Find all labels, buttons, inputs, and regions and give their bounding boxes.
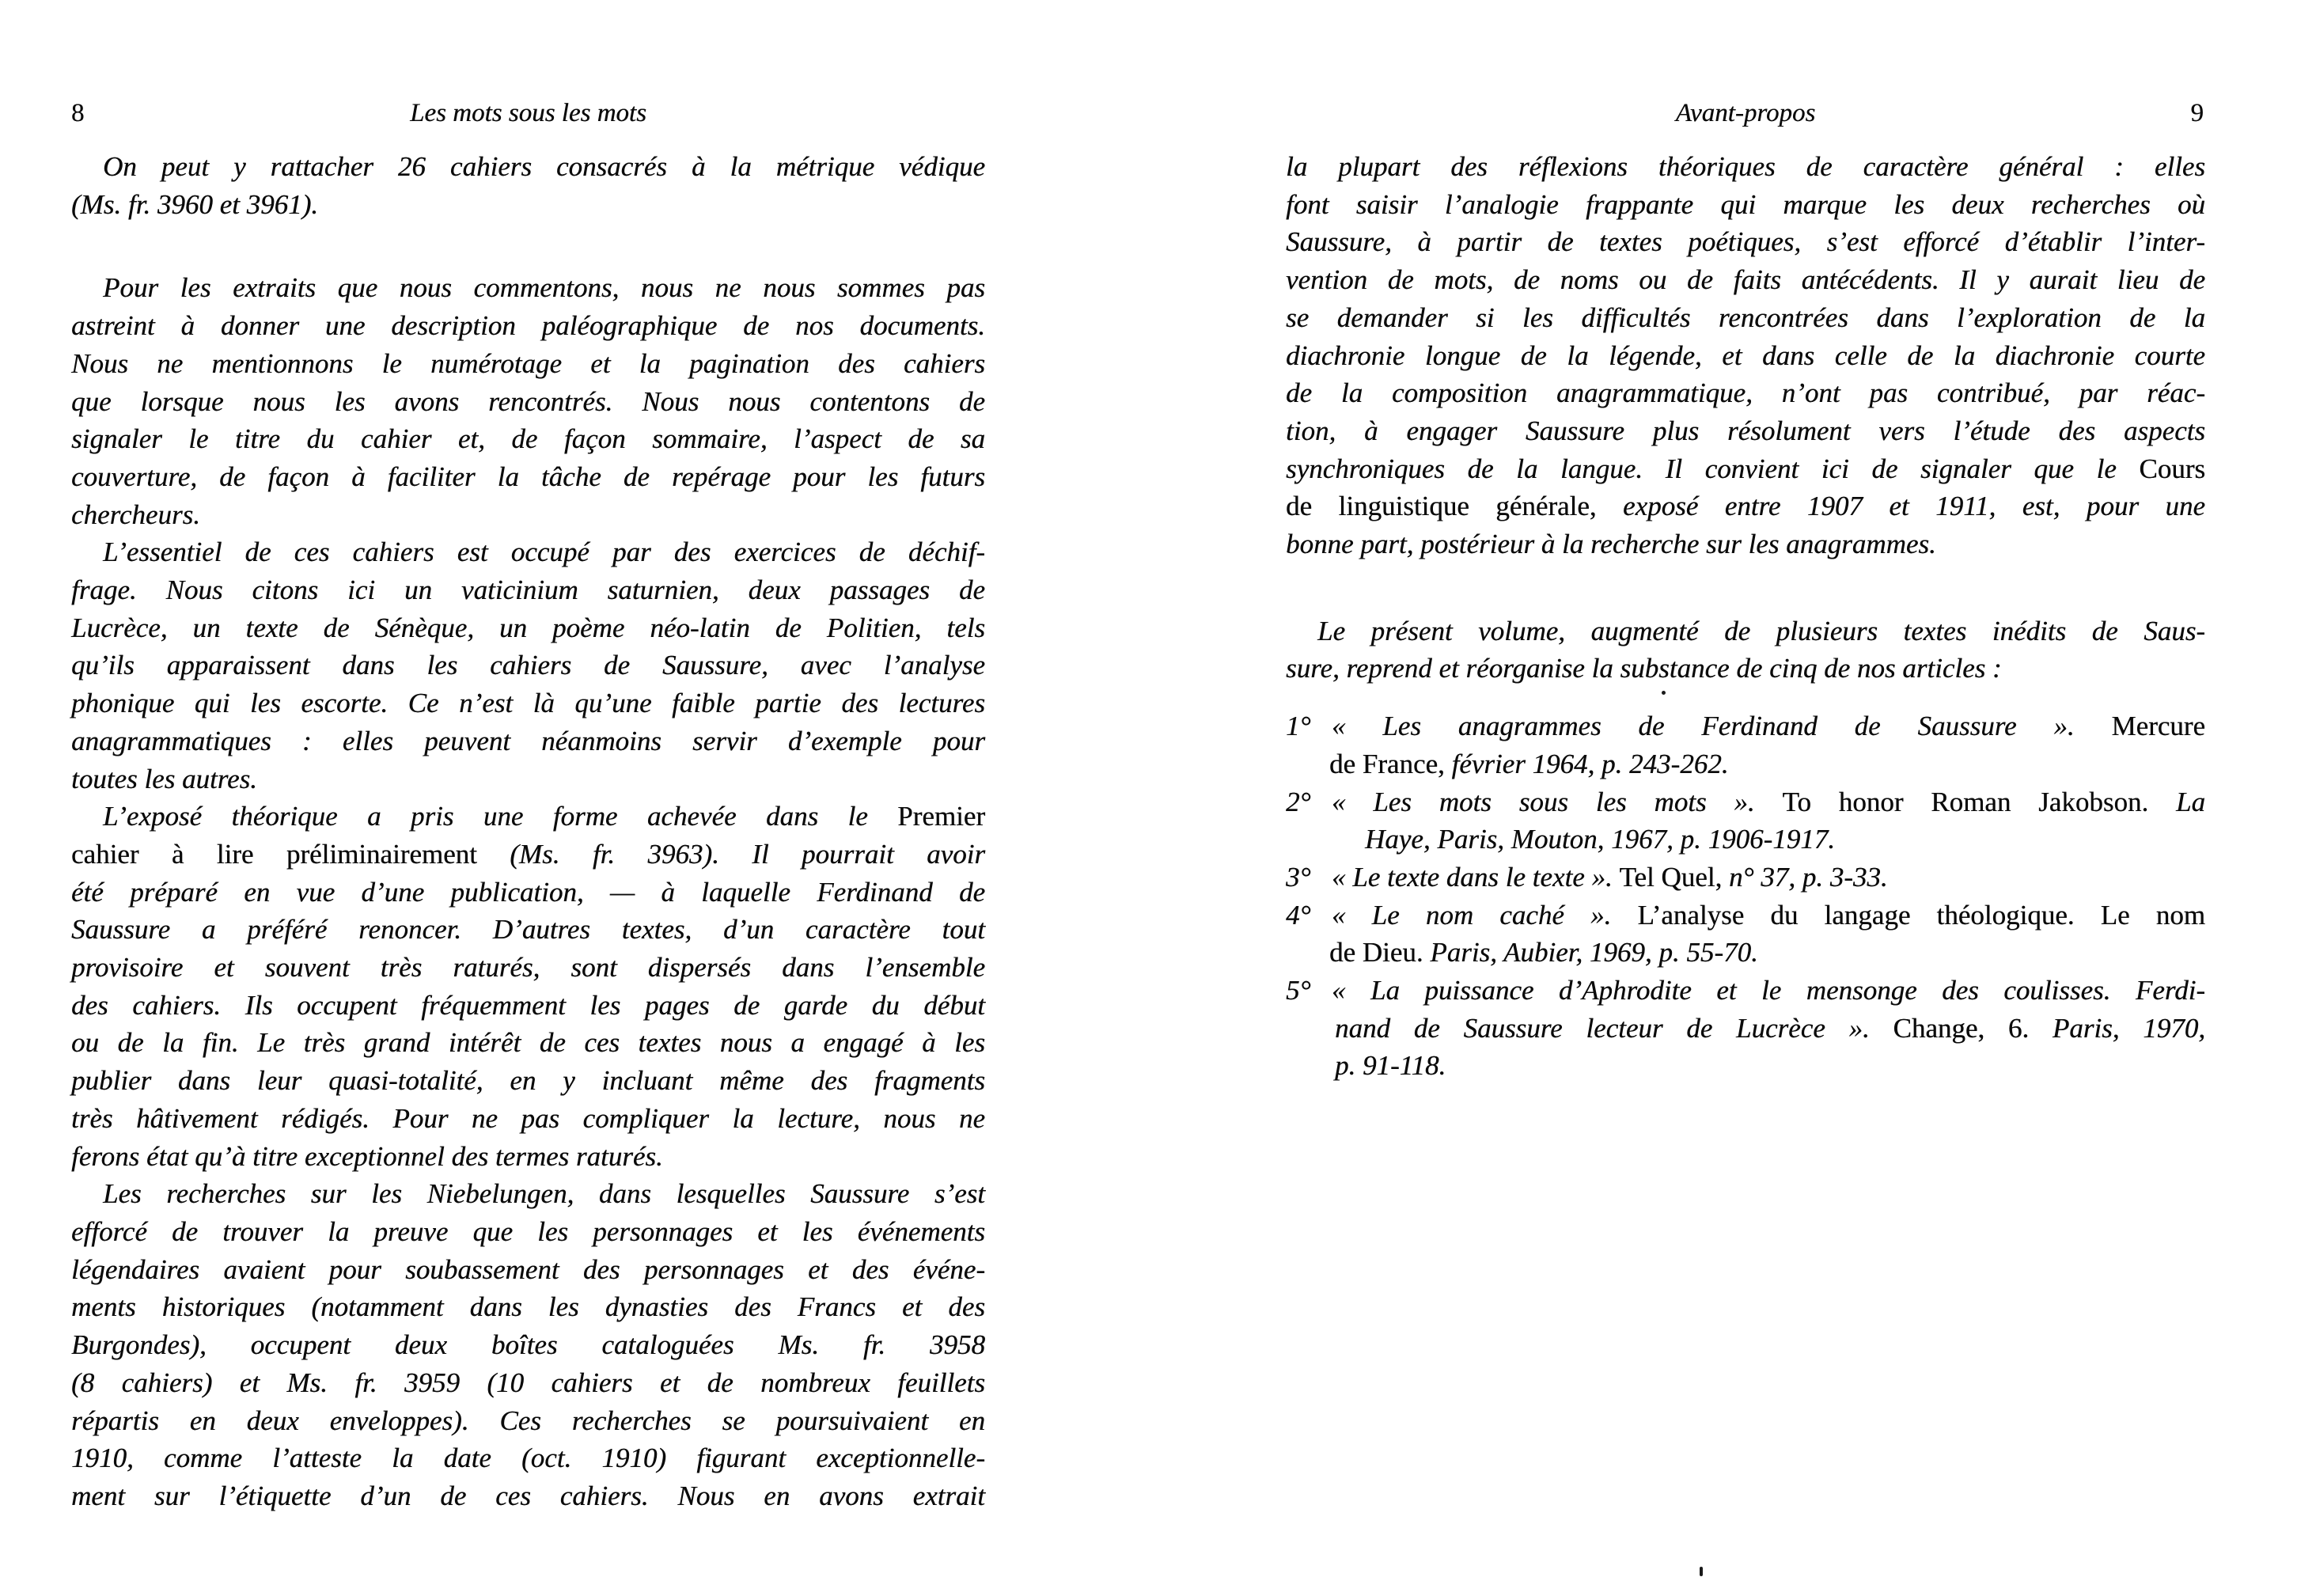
italic-text: La [2176, 787, 2205, 817]
roman-text: cahier à lire préliminairement [71, 839, 510, 870]
ink-speck [1662, 691, 1666, 695]
text-line: Nous ne mentionnons le numérotage et la … [71, 345, 985, 383]
roman-text: de Dieu. [1329, 937, 1430, 968]
page-number-left: 8 [71, 97, 85, 130]
italic-text: nand de Saussure lecteur de Lucrèce ». [1335, 1013, 1893, 1044]
italic-text: qu’ils apparaissent dans les cahiers de … [71, 650, 985, 680]
text-line: p. 91-118. [1286, 1047, 2205, 1085]
text-line: de Dieu. Paris, Aubier, 1969, p. 55-70. [1286, 934, 2205, 972]
italic-text: n° 37, p. 3-33. [1729, 862, 1888, 893]
roman-text: Tel Quel, [1619, 862, 1728, 893]
text-line: Burgondes), occupent deux boîtes catalog… [71, 1326, 985, 1364]
italic-text: On peut y rattacher 26 cahiers consacrés… [103, 151, 985, 182]
italic-text: phonique qui les escorte. Ce n’est là qu… [71, 688, 985, 718]
text-line: synchroniques de la langue. Il convient … [1286, 450, 2205, 488]
text-line: Saussure a préféré renoncer. D’autres te… [71, 911, 985, 949]
text-line: Le présent volume, augmenté de plusieurs… [1286, 612, 2205, 650]
italic-text: Pour les extraits que nous commentons, n… [103, 272, 985, 303]
italic-text: très hâtivement rédigés. Pour ne pas com… [71, 1103, 985, 1134]
text-line: ments historiques (notamment dans les dy… [71, 1288, 985, 1326]
item-number: 5° [1286, 972, 1332, 1010]
roman-text: Mercure [2111, 711, 2205, 741]
italic-text: légendaires avaient pour soubassement de… [71, 1254, 985, 1285]
text-line: signaler le titre du cahier et, de façon… [71, 420, 985, 458]
italic-text: 1910, comme l’atteste la date (oct. 1910… [71, 1442, 985, 1473]
italic-text: L’essentiel de ces cahiers est occupé pa… [103, 536, 985, 567]
italic-text: Les recherches sur les Niebelungen, dans… [103, 1178, 985, 1209]
roman-text: Premier [897, 801, 985, 832]
roman-text: Cours [2139, 453, 2205, 484]
italic-text: signaler le titre du cahier et, de façon… [71, 423, 985, 454]
text-line: diachronie longue de la légende, et dans… [1286, 337, 2205, 375]
italic-text: Nous ne mentionnons le numérotage et la … [71, 348, 985, 379]
bibliography-item: 2°« Les mots sous les mots ». To honor R… [1286, 783, 2205, 859]
page-right: Avant-propos 9 la plupart des réflexions… [1286, 0, 2205, 1596]
text-line: 2°« Les mots sous les mots ». To honor R… [1286, 783, 2205, 821]
text-line: couverture, de façon à faciliter la tâch… [71, 458, 985, 496]
text-line: chercheurs. [71, 496, 985, 534]
running-head-left: Les mots sous les mots [71, 97, 985, 130]
text-line: L’exposé théorique a pris une forme ache… [71, 798, 985, 836]
italic-text: des cahiers. Ils occupent fréquemment le… [71, 990, 985, 1021]
text-line: provisoire et souvent très raturés, sont… [71, 949, 985, 987]
text-line: Haye, Paris, Mouton, 1967, p. 1906-1917. [1286, 821, 2205, 859]
paragraph: Le présent volume, augmenté de plusieurs… [1286, 612, 2205, 688]
page-right-header: Avant-propos 9 [1286, 97, 2205, 130]
text-line: répartis en deux enveloppes). Ces recher… [71, 1402, 985, 1440]
text-line: bonne part, postérieur à la recherche su… [1286, 525, 2205, 563]
text-line: (Ms. fr. 3960 et 3961). [71, 186, 985, 224]
italic-text: Le présent volume, augmenté de plusieurs… [1317, 616, 2205, 646]
paragraph: On peut y rattacher 26 cahiers consacrés… [71, 148, 985, 223]
book-spread: { "left_page": { "page_number": "8", "ru… [0, 0, 2316, 1596]
text-line: 3°« Le texte dans le texte ». Tel Quel, … [1286, 859, 2205, 897]
text-line: que lorsque nous les avons rencontrés. N… [71, 383, 985, 421]
text-line: publier dans leur quasi-totalité, en y i… [71, 1062, 985, 1100]
bibliography-item: 5°« La puissance d’Aphrodite et le menso… [1286, 972, 2205, 1085]
text-line: L’essentiel de ces cahiers est occupé pa… [71, 533, 985, 571]
text-line: sure, reprend et réorganise la substance… [1286, 650, 2205, 688]
italic-text: Paris, 1970, [2053, 1013, 2205, 1044]
page-number-right: 9 [2191, 97, 2204, 130]
italic-text: sure, reprend et réorganise la substance… [1286, 653, 2002, 684]
paragraph: L’exposé théorique a pris une forme ache… [71, 798, 985, 1175]
italic-text: chercheurs. [71, 499, 200, 530]
text-line: Saussure, à partir de textes poétiques, … [1286, 223, 2205, 261]
italic-text: que lorsque nous les avons rencontrés. N… [71, 386, 985, 417]
paragraph: Les recherches sur les Niebelungen, dans… [71, 1175, 985, 1514]
italic-text: frage. Nous citons ici un vaticinium sat… [71, 574, 985, 605]
italic-text: ments historiques (notamment dans les dy… [71, 1291, 985, 1322]
italic-text: (Ms. fr. 3963). Il pourrait avoir [510, 839, 985, 870]
text-line: ferons état qu’à titre exceptionnel des … [71, 1138, 985, 1176]
text-line: Lucrèce, un texte de Sénèque, un poème n… [71, 609, 985, 647]
italic-text: efforcé de trouver la preuve que les per… [71, 1216, 985, 1247]
italic-text: été préparé en vue d’une publication, — … [71, 877, 985, 908]
italic-text: diachronie longue de la légende, et dans… [1286, 340, 2205, 371]
italic-text: (Ms. fr. 3960 et 3961). [71, 189, 318, 220]
italic-text: se demander si les difficultés rencontré… [1286, 302, 2205, 333]
text-line: Les recherches sur les Niebelungen, dans… [71, 1175, 985, 1213]
text-line: de la composition anagrammatique, n’ont … [1286, 374, 2205, 412]
italic-text: ferons état qu’à titre exceptionnel des … [71, 1141, 663, 1172]
italic-text: « Le texte dans le texte ». [1332, 862, 1619, 893]
italic-text: (8 cahiers) et Ms. fr. 3959 (10 cahiers … [71, 1367, 985, 1398]
text-line: cahier à lire préliminairement (Ms. fr. … [71, 836, 985, 874]
text-line: efforcé de trouver la preuve que les per… [71, 1213, 985, 1251]
item-number: 3° [1286, 859, 1332, 897]
roman-text: L’analyse du langage théologique. Le nom [1637, 900, 2205, 931]
text-line: se demander si les difficultés rencontré… [1286, 299, 2205, 337]
italic-text: « La puissance d’Aphrodite et le mensong… [1332, 975, 2205, 1006]
text-line: tion, à engager Saussure plus résolument… [1286, 412, 2205, 450]
text-line: (8 cahiers) et Ms. fr. 3959 (10 cahiers … [71, 1364, 985, 1402]
text-line: astreint à donner une description paléog… [71, 307, 985, 345]
italic-text: astreint à donner une description paléog… [71, 310, 985, 341]
italic-text: Paris, Aubier, 1969, p. 55-70. [1430, 937, 1758, 968]
italic-text: ou de la fin. Le très grand intérêt de c… [71, 1027, 985, 1058]
italic-text: couverture, de façon à faciliter la tâch… [71, 461, 985, 492]
italic-text: de la composition anagrammatique, n’ont … [1286, 377, 2205, 408]
text-line: légendaires avaient pour soubassement de… [71, 1251, 985, 1289]
italic-text: toutes les autres. [71, 764, 257, 794]
text-line: qu’ils apparaissent dans les cahiers de … [71, 646, 985, 684]
roman-text: Change, 6. [1893, 1013, 2053, 1044]
italic-text: L’exposé théorique a pris une forme ache… [103, 801, 897, 832]
text-line: font saisir l’analogie frappante qui mar… [1286, 186, 2205, 224]
text-line: nand de Saussure lecteur de Lucrèce ». C… [1286, 1010, 2205, 1048]
text-line: On peut y rattacher 26 cahiers consacrés… [71, 148, 985, 186]
italic-text: la plupart des réflexions théoriques de … [1286, 151, 2205, 182]
running-head-right: Avant-propos [1286, 97, 2205, 130]
text-line: la plupart des réflexions théoriques de … [1286, 148, 2205, 186]
page-left-text: On peut y rattacher 26 cahiers consacrés… [71, 148, 985, 1515]
italic-text: « Le nom caché ». [1332, 900, 1637, 931]
italic-text: « Les anagrammes de Ferdinand de Saussur… [1332, 711, 2111, 741]
italic-text: répartis en deux enveloppes). Ces recher… [71, 1405, 985, 1436]
text-line: phonique qui les escorte. Ce n’est là qu… [71, 684, 985, 722]
item-number: 1° [1286, 707, 1332, 745]
paragraph: L’essentiel de ces cahiers est occupé pa… [71, 533, 985, 798]
text-line: vention de mots, de noms ou de faits ant… [1286, 261, 2205, 299]
page-right-text: la plupart des réflexions théoriques de … [1286, 148, 2205, 1085]
italic-text: p. 91-118. [1335, 1050, 1446, 1081]
roman-text: de linguistique générale, [1286, 491, 1623, 521]
bibliography-item: 1°« Les anagrammes de Ferdinand de Sauss… [1286, 707, 2205, 783]
text-line: ou de la fin. Le très grand intérêt de c… [71, 1024, 985, 1062]
text-line: de linguistique générale, exposé entre 1… [1286, 487, 2205, 525]
italic-text: Burgondes), occupent deux boîtes catalog… [71, 1329, 985, 1360]
roman-text: To honor Roman Jakobson. [1783, 787, 2177, 817]
text-line: ment sur l’étiquette d’un de ces cahiers… [71, 1477, 985, 1515]
italic-text: exposé entre 1907 et 1911, est, pour une [1623, 491, 2205, 521]
text-line: 4°« Le nom caché ». L’analyse du langage… [1286, 897, 2205, 934]
italic-text: font saisir l’analogie frappante qui mar… [1286, 189, 2205, 220]
bibliography-item: 3°« Le texte dans le texte ». Tel Quel, … [1286, 859, 2205, 897]
italic-text: Saussure a préféré renoncer. D’autres te… [71, 914, 985, 945]
italic-text: provisoire et souvent très raturés, sont… [71, 952, 985, 983]
italic-text: vention de mots, de noms ou de faits ant… [1286, 264, 2205, 295]
text-line: très hâtivement rédigés. Pour ne pas com… [71, 1100, 985, 1138]
italic-text: ment sur l’étiquette d’un de ces cahiers… [71, 1480, 985, 1511]
page-left: 8 Les mots sous les mots On peut y ratta… [71, 0, 985, 1596]
text-line: 1°« Les anagrammes de Ferdinand de Sauss… [1286, 707, 2205, 745]
italic-text: Lucrèce, un texte de Sénèque, un poème n… [71, 612, 985, 643]
ink-speck [1700, 1567, 1703, 1576]
text-line: des cahiers. Ils occupent fréquemment le… [71, 987, 985, 1025]
text-line: été préparé en vue d’une publication, — … [71, 874, 985, 912]
text-line: anagrammatiques : elles peuvent néanmoin… [71, 722, 985, 760]
italic-text: bonne part, postérieur à la recherche su… [1286, 529, 1936, 559]
item-number: 4° [1286, 897, 1332, 934]
italic-text: synchroniques de la langue. Il convient … [1286, 453, 2139, 484]
item-number: 2° [1286, 783, 1332, 821]
italic-text: Haye, Paris, Mouton, 1967, p. 1906-1917. [1365, 824, 1835, 855]
roman-text: de France, [1329, 749, 1452, 779]
italic-text: tion, à engager Saussure plus résolument… [1286, 415, 2205, 446]
italic-text: février 1964, p. 243-262. [1452, 749, 1729, 779]
bibliography-item: 4°« Le nom caché ». L’analyse du langage… [1286, 897, 2205, 972]
text-line: Pour les extraits que nous commentons, n… [71, 269, 985, 307]
page-left-header: 8 Les mots sous les mots [71, 97, 985, 130]
paragraph: Pour les extraits que nous commentons, n… [71, 269, 985, 533]
italic-text: Saussure, à partir de textes poétiques, … [1286, 226, 2205, 257]
text-line: toutes les autres. [71, 760, 985, 798]
italic-text: « Les mots sous les mots ». [1332, 787, 1783, 817]
italic-text: anagrammatiques : elles peuvent néanmoin… [71, 726, 985, 756]
bibliography-list: 1°« Les anagrammes de Ferdinand de Sauss… [1286, 707, 2205, 1085]
italic-text: publier dans leur quasi-totalité, en y i… [71, 1065, 985, 1096]
text-line: 1910, comme l’atteste la date (oct. 1910… [71, 1439, 985, 1477]
text-line: de France, février 1964, p. 243-262. [1286, 745, 2205, 783]
text-line: 5°« La puissance d’Aphrodite et le menso… [1286, 972, 2205, 1010]
paragraph: la plupart des réflexions théoriques de … [1286, 148, 2205, 563]
text-line: frage. Nous citons ici un vaticinium sat… [71, 571, 985, 609]
